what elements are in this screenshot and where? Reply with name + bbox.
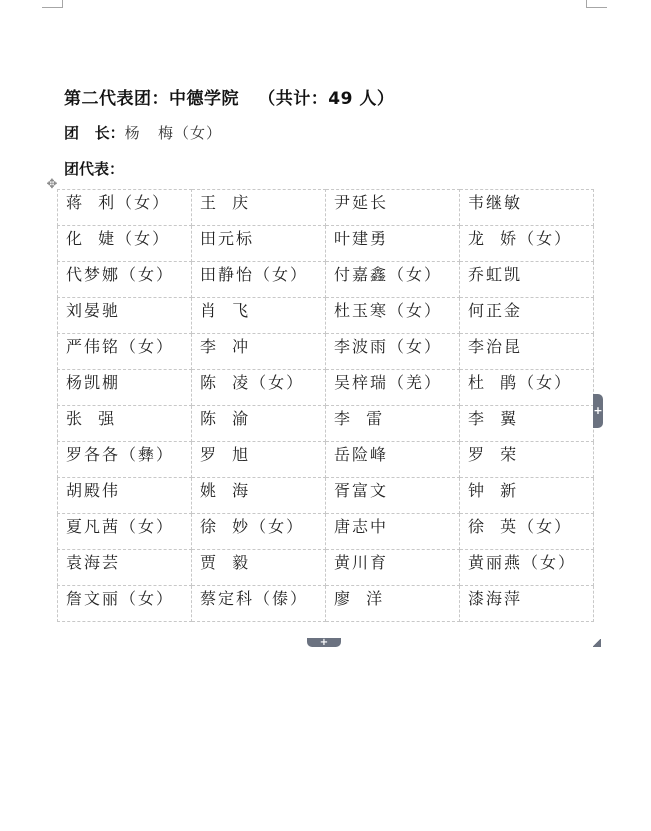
representative-cell[interactable]: 黄川育 — [326, 550, 460, 586]
representative-cell[interactable]: 杨凯棚 — [58, 370, 192, 406]
representative-cell[interactable]: 严伟铭（女） — [58, 334, 192, 370]
representative-cell[interactable]: 代梦娜（女） — [58, 262, 192, 298]
page-corner-mark-top-left — [42, 0, 63, 8]
representative-cell[interactable]: 蔡定科（傣） — [192, 586, 326, 622]
representative-cell[interactable]: 黄丽燕（女） — [460, 550, 594, 586]
representative-cell[interactable]: 杜 鹃（女） — [460, 370, 594, 406]
delegation-leader: 团 长：杨 梅（女） — [64, 122, 222, 143]
representative-cell[interactable]: 付嘉鑫（女） — [326, 262, 460, 298]
table-row: 张 强陈 渝李 雷李 翼 — [58, 406, 594, 442]
representative-cell[interactable]: 罗 荣 — [460, 442, 594, 478]
leader-label: 团 长： — [64, 124, 125, 142]
table-row: 詹文丽（女）蔡定科（傣）廖 洋漆海萍 — [58, 586, 594, 622]
representative-cell[interactable]: 何正金 — [460, 298, 594, 334]
representative-cell[interactable]: 田元标 — [192, 226, 326, 262]
representative-cell[interactable]: 漆海萍 — [460, 586, 594, 622]
table-row: 蒋 利（女）王 庆尹延长韦继敏 — [58, 190, 594, 226]
representative-cell[interactable]: 刘晏驰 — [58, 298, 192, 334]
representative-cell[interactable]: 詹文丽（女） — [58, 586, 192, 622]
representative-cell[interactable]: 韦继敏 — [460, 190, 594, 226]
table-row: 刘晏驰肖 飞杜玉寒（女）何正金 — [58, 298, 594, 334]
representative-cell[interactable]: 李 冲 — [192, 334, 326, 370]
representative-cell[interactable]: 李波雨（女） — [326, 334, 460, 370]
representative-cell[interactable]: 肖 飞 — [192, 298, 326, 334]
table-row: 夏凡茜（女）徐 妙（女）唐志中徐 英（女） — [58, 514, 594, 550]
table-row: 罗各各（彝）罗 旭岳险峰罗 荣 — [58, 442, 594, 478]
representative-cell[interactable]: 徐 英（女） — [460, 514, 594, 550]
representative-cell[interactable]: 王 庆 — [192, 190, 326, 226]
table-row: 胡殿伟姚 海胥富文钟 新 — [58, 478, 594, 514]
representative-cell[interactable]: 罗各各（彝） — [58, 442, 192, 478]
representative-cell[interactable]: 陈 凌（女） — [192, 370, 326, 406]
representative-cell[interactable]: 田静怡（女） — [192, 262, 326, 298]
representative-cell[interactable]: 罗 旭 — [192, 442, 326, 478]
representative-cell[interactable]: 叶建勇 — [326, 226, 460, 262]
representative-cell[interactable]: 贾 毅 — [192, 550, 326, 586]
representative-cell[interactable]: 姚 海 — [192, 478, 326, 514]
table-row: 化 婕（女）田元标叶建勇龙 娇（女） — [58, 226, 594, 262]
representative-cell[interactable]: 廖 洋 — [326, 586, 460, 622]
add-row-button[interactable]: + — [307, 638, 341, 647]
leader-name: 杨 梅（女） — [125, 124, 222, 142]
representative-cell[interactable]: 陈 渝 — [192, 406, 326, 442]
representatives-table: 蒋 利（女）王 庆尹延长韦继敏化 婕（女）田元标叶建勇龙 娇（女）代梦娜（女）田… — [57, 189, 594, 622]
representative-cell[interactable]: 钟 新 — [460, 478, 594, 514]
table-row: 杨凯棚陈 凌（女）吴梓瑞（羌）杜 鹃（女） — [58, 370, 594, 406]
page-corner-mark-top-right — [586, 0, 607, 8]
representative-cell[interactable]: 唐志中 — [326, 514, 460, 550]
representatives-label: 团代表： — [64, 158, 124, 179]
representative-cell[interactable]: 徐 妙（女） — [192, 514, 326, 550]
representative-cell[interactable]: 尹延长 — [326, 190, 460, 226]
table-row: 严伟铭（女）李 冲李波雨（女）李治昆 — [58, 334, 594, 370]
representative-cell[interactable]: 吴梓瑞（羌） — [326, 370, 460, 406]
representative-cell[interactable]: 杜玉寒（女） — [326, 298, 460, 334]
table-row: 袁海芸贾 毅黄川育黄丽燕（女） — [58, 550, 594, 586]
add-column-button[interactable]: + — [593, 394, 603, 428]
representative-cell[interactable]: 蒋 利（女） — [58, 190, 192, 226]
representative-cell[interactable]: 李 翼 — [460, 406, 594, 442]
representative-cell[interactable]: 李治昆 — [460, 334, 594, 370]
representative-cell[interactable]: 岳险峰 — [326, 442, 460, 478]
representative-cell[interactable]: 夏凡茜（女） — [58, 514, 192, 550]
representative-cell[interactable]: 胥富文 — [326, 478, 460, 514]
table-row: 代梦娜（女）田静怡（女）付嘉鑫（女）乔虹凯 — [58, 262, 594, 298]
representative-cell[interactable]: 乔虹凯 — [460, 262, 594, 298]
delegation-title: 第二代表团：中德学院 （共计：49 人） — [64, 84, 394, 109]
table-resize-handle-icon[interactable] — [593, 639, 601, 647]
representative-cell[interactable]: 袁海芸 — [58, 550, 192, 586]
representative-cell[interactable]: 胡殿伟 — [58, 478, 192, 514]
representative-cell[interactable]: 李 雷 — [326, 406, 460, 442]
representative-cell[interactable]: 龙 娇（女） — [460, 226, 594, 262]
representative-cell[interactable]: 张 强 — [58, 406, 192, 442]
representative-cell[interactable]: 化 婕（女） — [58, 226, 192, 262]
